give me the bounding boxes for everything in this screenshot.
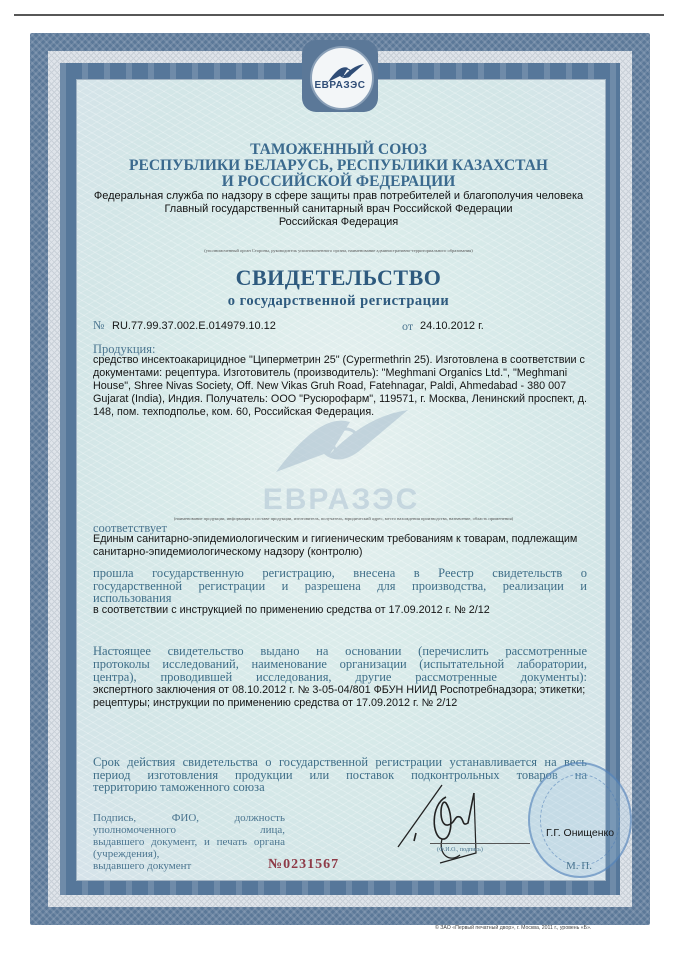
number-prefix: № xyxy=(93,318,104,333)
grounds-statement: Настоящее свидетельство выдано на основа… xyxy=(93,645,587,684)
signatory-name: Г.Г. Онищенко xyxy=(546,827,614,839)
grounds-documents: экспертного заключения от 08.10.2012 г. … xyxy=(93,684,593,710)
product-line: документами: рецептура. Изготовитель (пр… xyxy=(93,367,593,380)
grounds-value-line: рецептуры; инструкции по применению сред… xyxy=(93,697,593,710)
evrazes-logo: ЕВРАЗЭС xyxy=(302,40,378,112)
conformity-line: санитарно-эпидемиологическому надзору (к… xyxy=(93,546,593,559)
certificate-title: СВИДЕТЕЛЬСТВО xyxy=(0,265,677,291)
agency-line2: Главный государственный санитарный врач … xyxy=(0,203,677,216)
signature-line xyxy=(430,843,530,844)
serial-number: №0231567 xyxy=(268,857,339,873)
printer-imprint: © ЗАО «Первый печатный двор», г. Москва,… xyxy=(435,925,591,931)
agency-line3: Российская Федерация xyxy=(0,216,677,229)
handwritten-signature xyxy=(380,775,530,875)
agency-line1: Федеральная служба по надзору в сфере за… xyxy=(0,190,677,203)
union-title-line2: РЕСПУБЛИКИ БЕЛАРУСЬ, РЕСПУБЛИКИ КАЗАХСТА… xyxy=(0,158,677,174)
name-caption: (Ф.И.О., подпись) xyxy=(437,847,483,853)
union-title-line3: И РОССИЙСКОЙ ФЕДЕРАЦИИ xyxy=(0,174,677,190)
union-title-line1: ТАМОЖЕННЫЙ СОЮЗ xyxy=(0,142,677,158)
registration-basis: в соответствии с инструкцией по применен… xyxy=(93,604,490,617)
seal-label: М. П. xyxy=(566,860,592,872)
grounds-line: центра), проводившей исследования, други… xyxy=(93,671,587,684)
grounds-value-line: экспертного заключения от 08.10.2012 г. … xyxy=(93,684,593,697)
product-line: средство инсектоакарицидное "Циперметрин… xyxy=(93,354,593,367)
page-top-edge xyxy=(14,14,664,16)
watermark-text: ЕВРАЗЭС xyxy=(232,483,450,517)
certificate-date: 24.10.2012 г. xyxy=(420,320,484,332)
registration-statement: прошла государственную регистрацию, внес… xyxy=(93,567,587,605)
conformity-text: Единым санитарно-эпидемиологическим и ги… xyxy=(93,533,593,559)
certificate-number: RU.77.99.37.002.Е.014979.10.12 xyxy=(112,320,276,332)
product-line: 148, пом. техподполье, ком. 60, Российск… xyxy=(93,406,593,419)
logo-emblem xyxy=(310,46,374,110)
conformity-line: Единым санитарно-эпидемиологическим и ги… xyxy=(93,533,593,546)
signature-label-line: выдавшего документ xyxy=(93,860,285,872)
certificate-subtitle: о государственной регистрации xyxy=(0,293,677,310)
signature-label: Подпись, ФИО, должность уполномоченного … xyxy=(93,812,285,872)
product-line: House", Shree Nivas Society, Off. New Vi… xyxy=(93,380,593,393)
product-line: Gujarat (India), Индия. Получатель: ООО … xyxy=(93,393,593,406)
signature-label-line: выдавшего документ, и печать органа (учр… xyxy=(93,836,285,860)
product-description: средство инсектоакарицидное "Циперметрин… xyxy=(93,354,593,419)
registration-line: прошла государственную регистрацию, внес… xyxy=(93,567,587,580)
date-prefix: от xyxy=(402,319,413,334)
registration-line: использования xyxy=(93,592,587,605)
logo-text: ЕВРАЗЭС xyxy=(302,80,378,91)
authority-caption: (уполномоченный орган Стороны, руководит… xyxy=(0,248,677,253)
signature-label-line: Подпись, ФИО, должность уполномоченного … xyxy=(93,812,285,836)
validity-line: Срок действия свидетельства о государств… xyxy=(93,756,587,769)
